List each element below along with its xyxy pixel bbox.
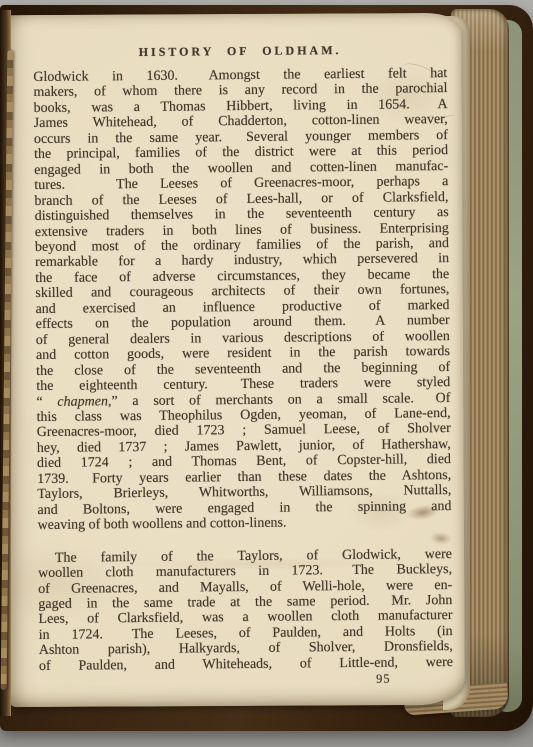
binding-gutter <box>0 10 11 716</box>
running-header: HISTORY OF OLDHAM. <box>33 40 447 60</box>
paragraph: Glodwick in 1630. Amongst the earliest f… <box>33 66 451 534</box>
paragraph: The family of the Taylors, of Glodwick, … <box>38 547 453 675</box>
page-text: HISTORY OF OLDHAM. Glodwick in 1630. Amo… <box>33 40 453 690</box>
text-line: weaving of both woollens and cotton-line… <box>38 514 452 533</box>
page-body: Glodwick in 1630. Amongst the earliest f… <box>33 66 453 674</box>
photo-of-open-book: HISTORY OF OLDHAM. Glodwick in 1630. Amo… <box>0 0 533 747</box>
